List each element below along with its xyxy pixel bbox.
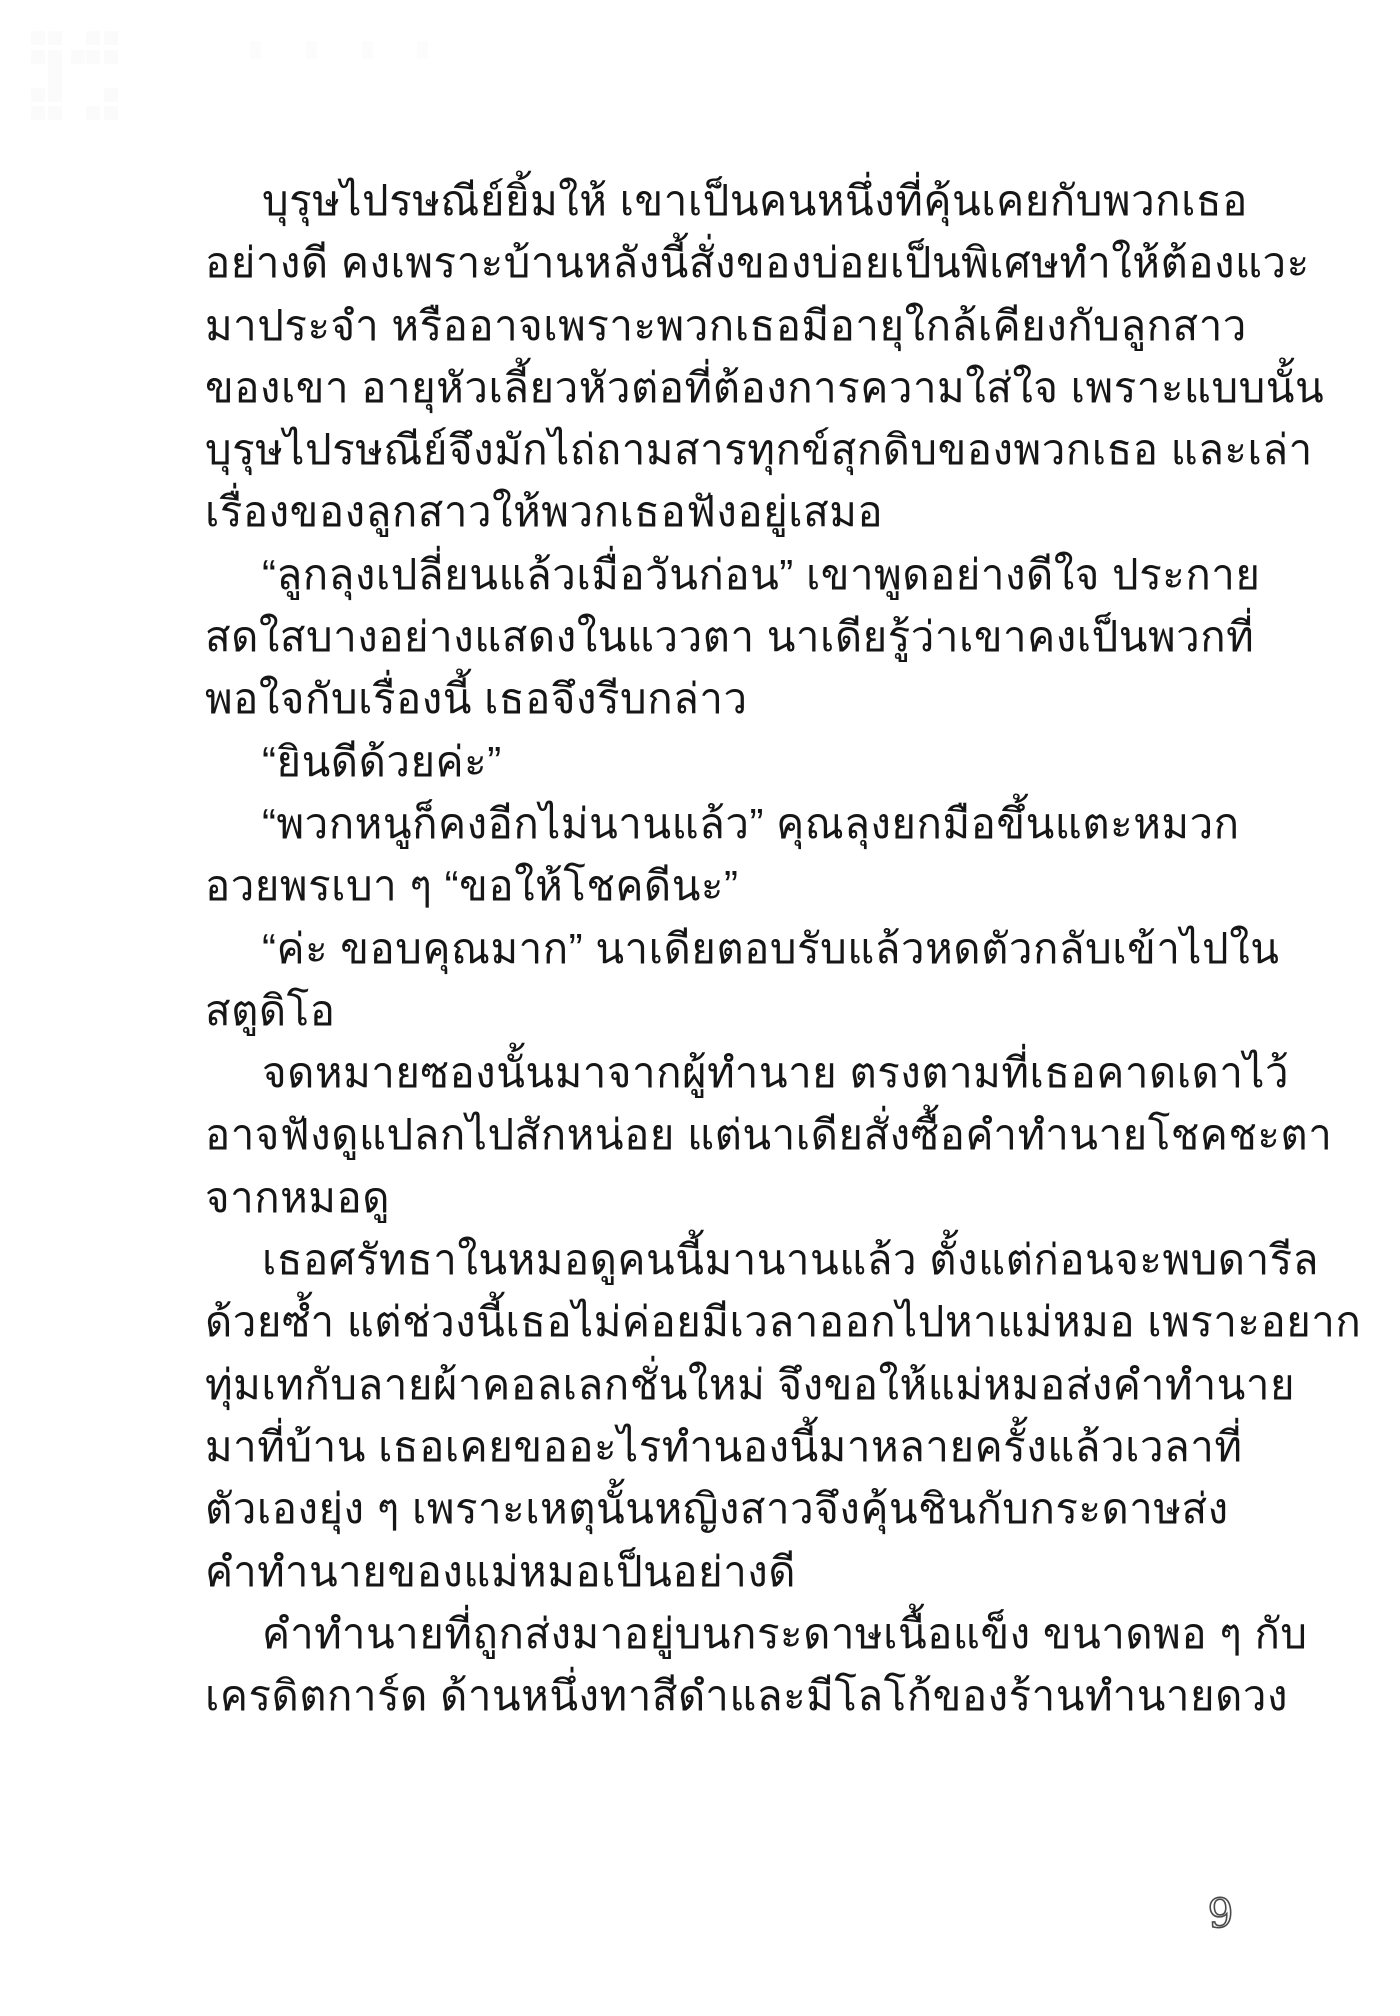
text-line: อาจฟังดูแปลกไปสักหน่อย แต่นาเดียสั่งซื้อ… xyxy=(205,1104,1219,1166)
text-line: พอใจกับเรื่องนี้ เธอจึงรีบกล่าว xyxy=(205,668,1219,730)
text-line: ตัวเองยุ่ง ๆ เพราะเหตุนั้นหญิงสาวจึงคุ้น… xyxy=(205,1478,1219,1540)
paragraph: “พวกหนูก็คงอีกไม่นานแล้ว” คุณลุงยกมือขึ้… xyxy=(205,793,1219,918)
text-line: “ลูกลุงเปลี่ยนแล้วเมื่อวันก่อน” เขาพูดอย… xyxy=(205,544,1219,606)
paragraph: “ลูกลุงเปลี่ยนแล้วเมื่อวันก่อน” เขาพูดอย… xyxy=(205,544,1219,731)
text-line: คำทำนายของแม่หมอเป็นอย่างดี xyxy=(205,1541,1219,1603)
text-line: สดใสบางอย่างแสดงในแววตา นาเดียรู้ว่าเขาค… xyxy=(205,606,1219,668)
paragraph: “ค่ะ ขอบคุณมาก” นาเดียตอบรับแล้วหดตัวกลั… xyxy=(205,918,1219,1043)
text-line: เธอศรัทธาในหมอดูคนนี้มานานแล้ว ตั้งแต่ก่… xyxy=(205,1229,1219,1291)
text-line: เรื่องของลูกสาวให้พวกเธอฟังอยู่เสมอ xyxy=(205,481,1219,543)
text-line: บุรุษไปรษณีย์จึงมักไถ่ถามสารทุกข์สุกดิบข… xyxy=(205,419,1219,481)
scan-artifact-pattern xyxy=(0,0,460,140)
text-line: คำทำนายที่ถูกส่งมาอยู่บนกระดาษเนื้อแข็ง … xyxy=(205,1603,1219,1665)
text-line: ทุ่มเทกับลายผ้าคอลเลกชั่นใหม่ จึงขอให้แม… xyxy=(205,1354,1219,1416)
text-line: อวยพรเบา ๆ “ขอให้โชคดีนะ” xyxy=(205,855,1219,917)
page-number: 9 xyxy=(1207,1893,1235,1934)
paragraph: เธอศรัทธาในหมอดูคนนี้มานานแล้ว ตั้งแต่ก่… xyxy=(205,1229,1219,1603)
text-line: “ค่ะ ขอบคุณมาก” นาเดียตอบรับแล้วหดตัวกลั… xyxy=(205,918,1219,980)
body-text: บุรุษไปรษณีย์ยิ้มให้ เขาเป็นคนหนึ่งที่คุ… xyxy=(205,170,1219,1727)
text-line: มาประจำ หรืออาจเพราะพวกเธอมีอายุใกล้เคีย… xyxy=(205,295,1219,357)
paragraph: “ยินดีด้วยค่ะ” xyxy=(205,731,1219,793)
text-line: “พวกหนูก็คงอีกไม่นานแล้ว” คุณลุงยกมือขึ้… xyxy=(205,793,1219,855)
text-line: ด้วยซ้ำ แต่ช่วงนี้เธอไม่ค่อยมีเวลาออกไปห… xyxy=(205,1291,1219,1353)
text-line: มาที่บ้าน เธอเคยขออะไรทำนองนี้มาหลายครั้… xyxy=(205,1416,1219,1478)
paragraph: จดหมายซองนั้นมาจากผู้ทำนาย ตรงตามที่เธอค… xyxy=(205,1042,1219,1229)
text-line: เครดิตการ์ด ด้านหนึ่งทาสีดำและมีโลโก้ของ… xyxy=(205,1665,1219,1727)
text-line: จดหมายซองนั้นมาจากผู้ทำนาย ตรงตามที่เธอค… xyxy=(205,1042,1219,1104)
text-line: บุรุษไปรษณีย์ยิ้มให้ เขาเป็นคนหนึ่งที่คุ… xyxy=(205,170,1219,232)
paragraph: คำทำนายที่ถูกส่งมาอยู่บนกระดาษเนื้อแข็ง … xyxy=(205,1603,1219,1728)
text-line: จากหมอดู xyxy=(205,1167,1219,1229)
text-line: ของเขา อายุหัวเลี้ยวหัวต่อที่ต้องการความ… xyxy=(205,357,1219,419)
text-line: “ยินดีด้วยค่ะ” xyxy=(205,731,1219,793)
text-line: สตูดิโอ xyxy=(205,980,1219,1042)
book-page: บุรุษไปรษณีย์ยิ้มให้ เขาเป็นคนหนึ่งที่คุ… xyxy=(0,0,1400,2016)
text-line: อย่างดี คงเพราะบ้านหลังนี้สั่งของบ่อยเป็… xyxy=(205,232,1219,294)
paragraph: บุรุษไปรษณีย์ยิ้มให้ เขาเป็นคนหนึ่งที่คุ… xyxy=(205,170,1219,544)
